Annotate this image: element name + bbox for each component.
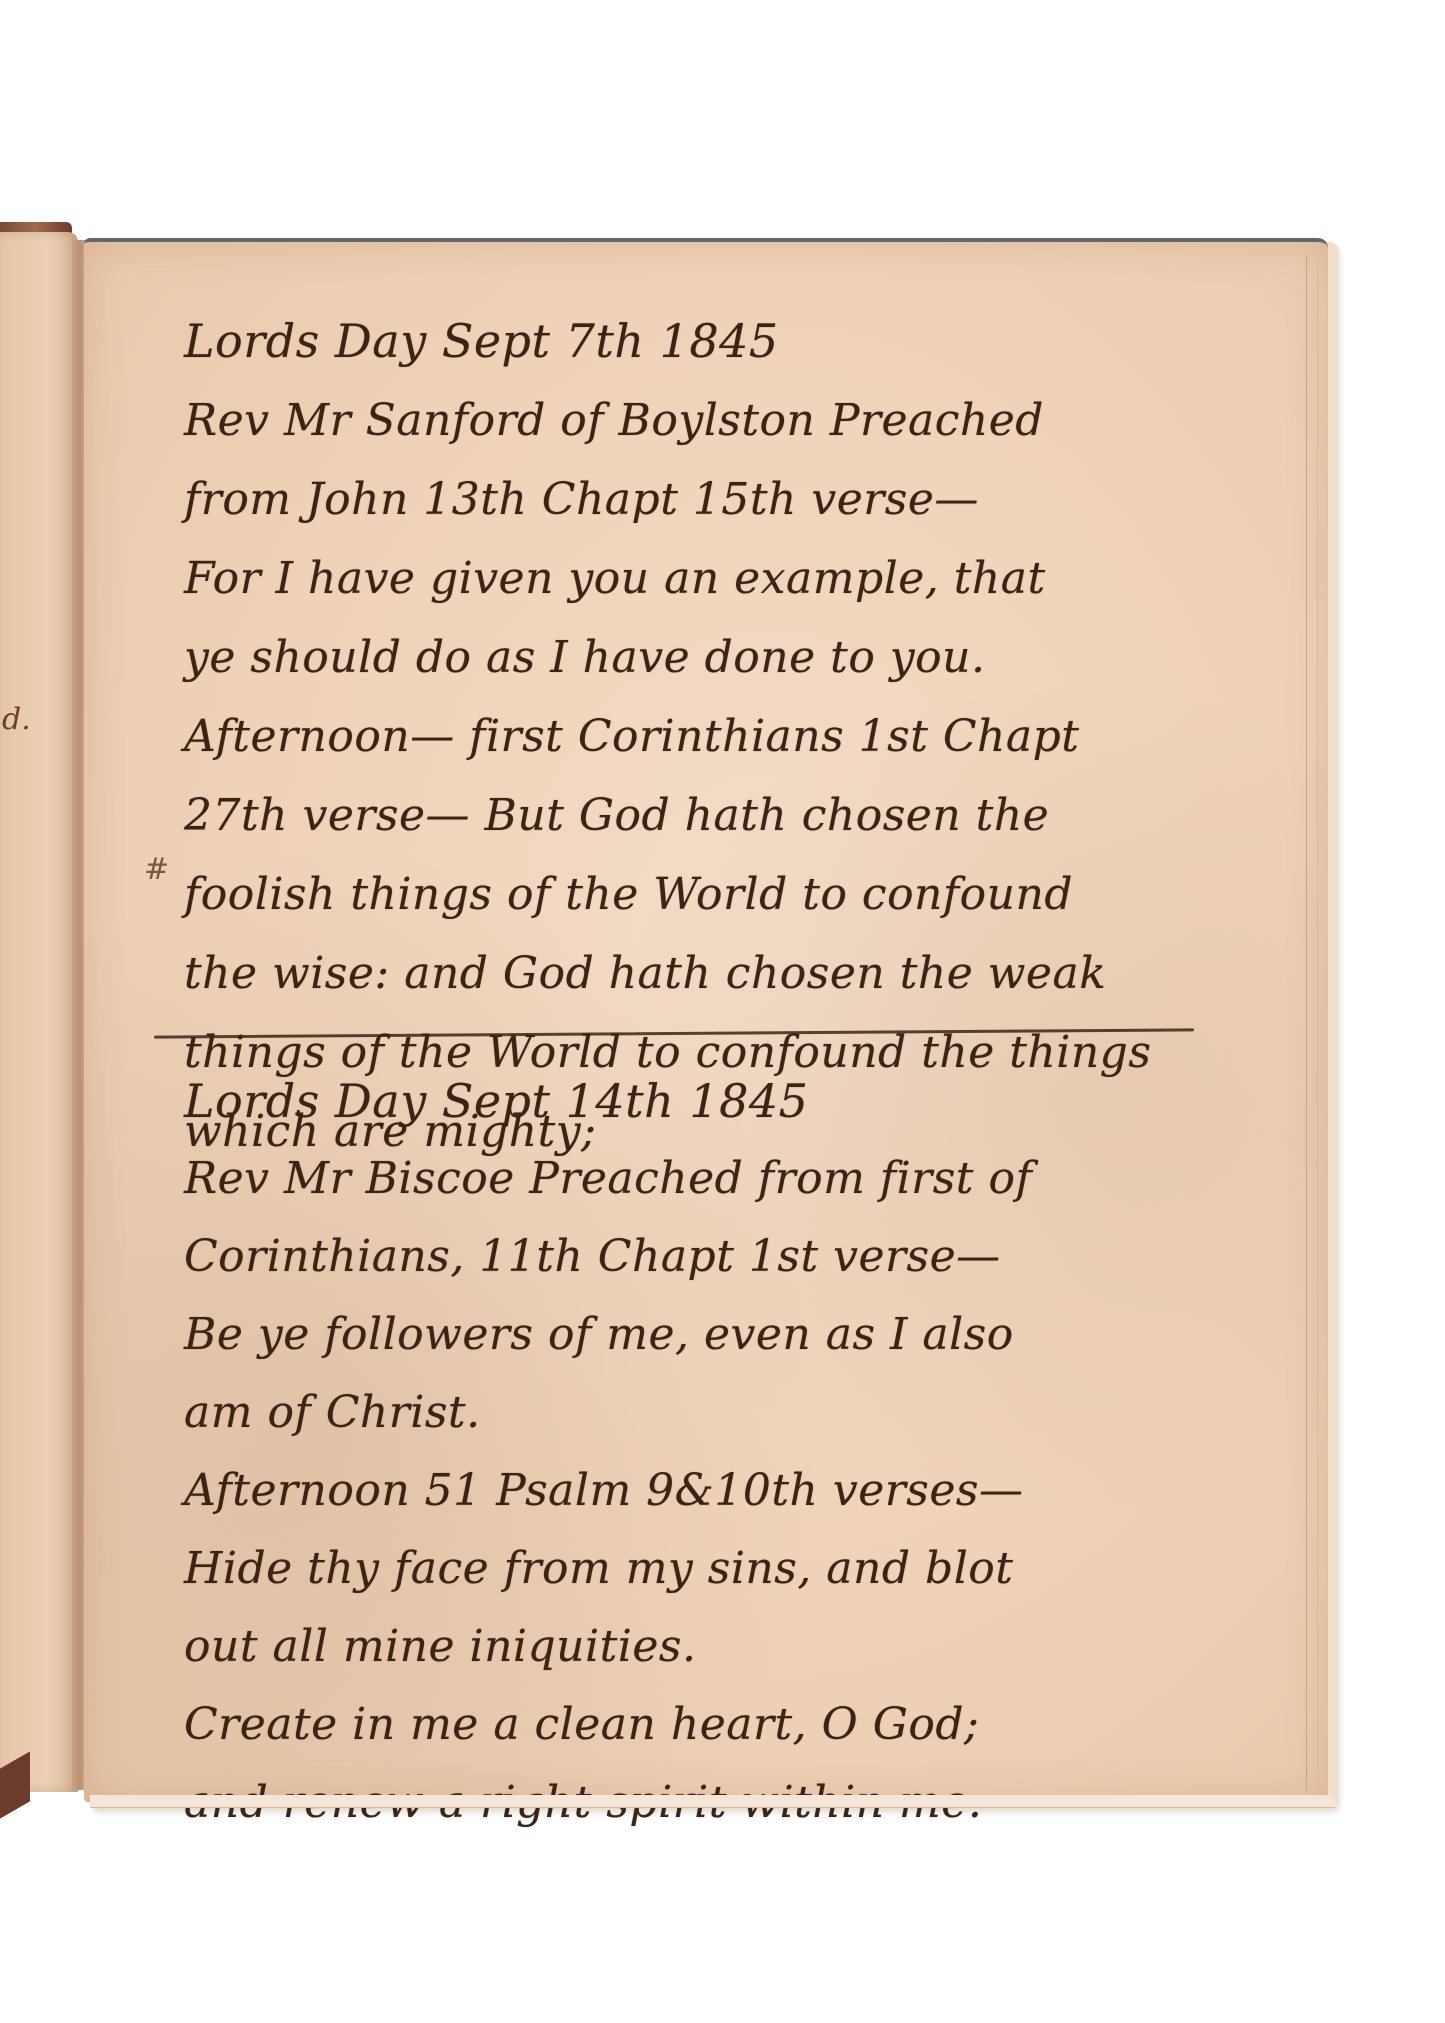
entry-line: foolish things of the World to confound [184,855,1264,934]
sermon-entry-sept-14: Lords Day Sept 14th 1845 Rev Mr Biscoe P… [184,1062,1264,1842]
entry-line: Create in me a clean heart, O God; [184,1686,1264,1764]
entry-line: am of Christ. [184,1374,1264,1452]
left-page-text-fragment: d. [2,702,31,737]
manuscript-page: # Lords Day Sept 7th 1845 Rev Mr Sanford… [84,238,1328,1802]
page-right-edge [1306,256,1318,1792]
entry-line: Afternoon— first Corinthians 1st Chapt [184,697,1264,776]
entry-heading: Lords Day Sept 7th 1845 [184,302,1264,381]
page-bottom-edge [90,1795,1335,1808]
margin-mark: # [144,852,169,887]
entry-line: Hide thy face from my sins, and blot [184,1530,1264,1608]
entry-line: Rev Mr Biscoe Preached from first of [184,1140,1264,1218]
entry-line: For I have given you an example, that [184,539,1264,618]
entry-line: Corinthians, 11th Chapt 1st verse— [184,1218,1264,1296]
entry-line: from John 13th Chapt 15th verse— [184,460,1264,539]
sermon-entry-sept-7: Lords Day Sept 7th 1845 Rev Mr Sanford o… [184,302,1264,1171]
entry-line: Be ye followers of me, even as I also [184,1296,1264,1374]
entry-line: 27th verse— But God hath chosen the [184,776,1264,855]
left-facing-page: d. [0,232,78,1792]
entry-line: the wise: and God hath chosen the weak [184,934,1264,1013]
entry-line: Rev Mr Sanford of Boylston Preached [184,381,1264,460]
entry-heading: Lords Day Sept 14th 1845 [184,1062,1264,1140]
entry-line: Afternoon 51 Psalm 9&10th verses— [184,1452,1264,1530]
entry-line: ye should do as I have done to you. [184,618,1264,697]
entry-line: out all mine iniquities. [184,1608,1264,1686]
